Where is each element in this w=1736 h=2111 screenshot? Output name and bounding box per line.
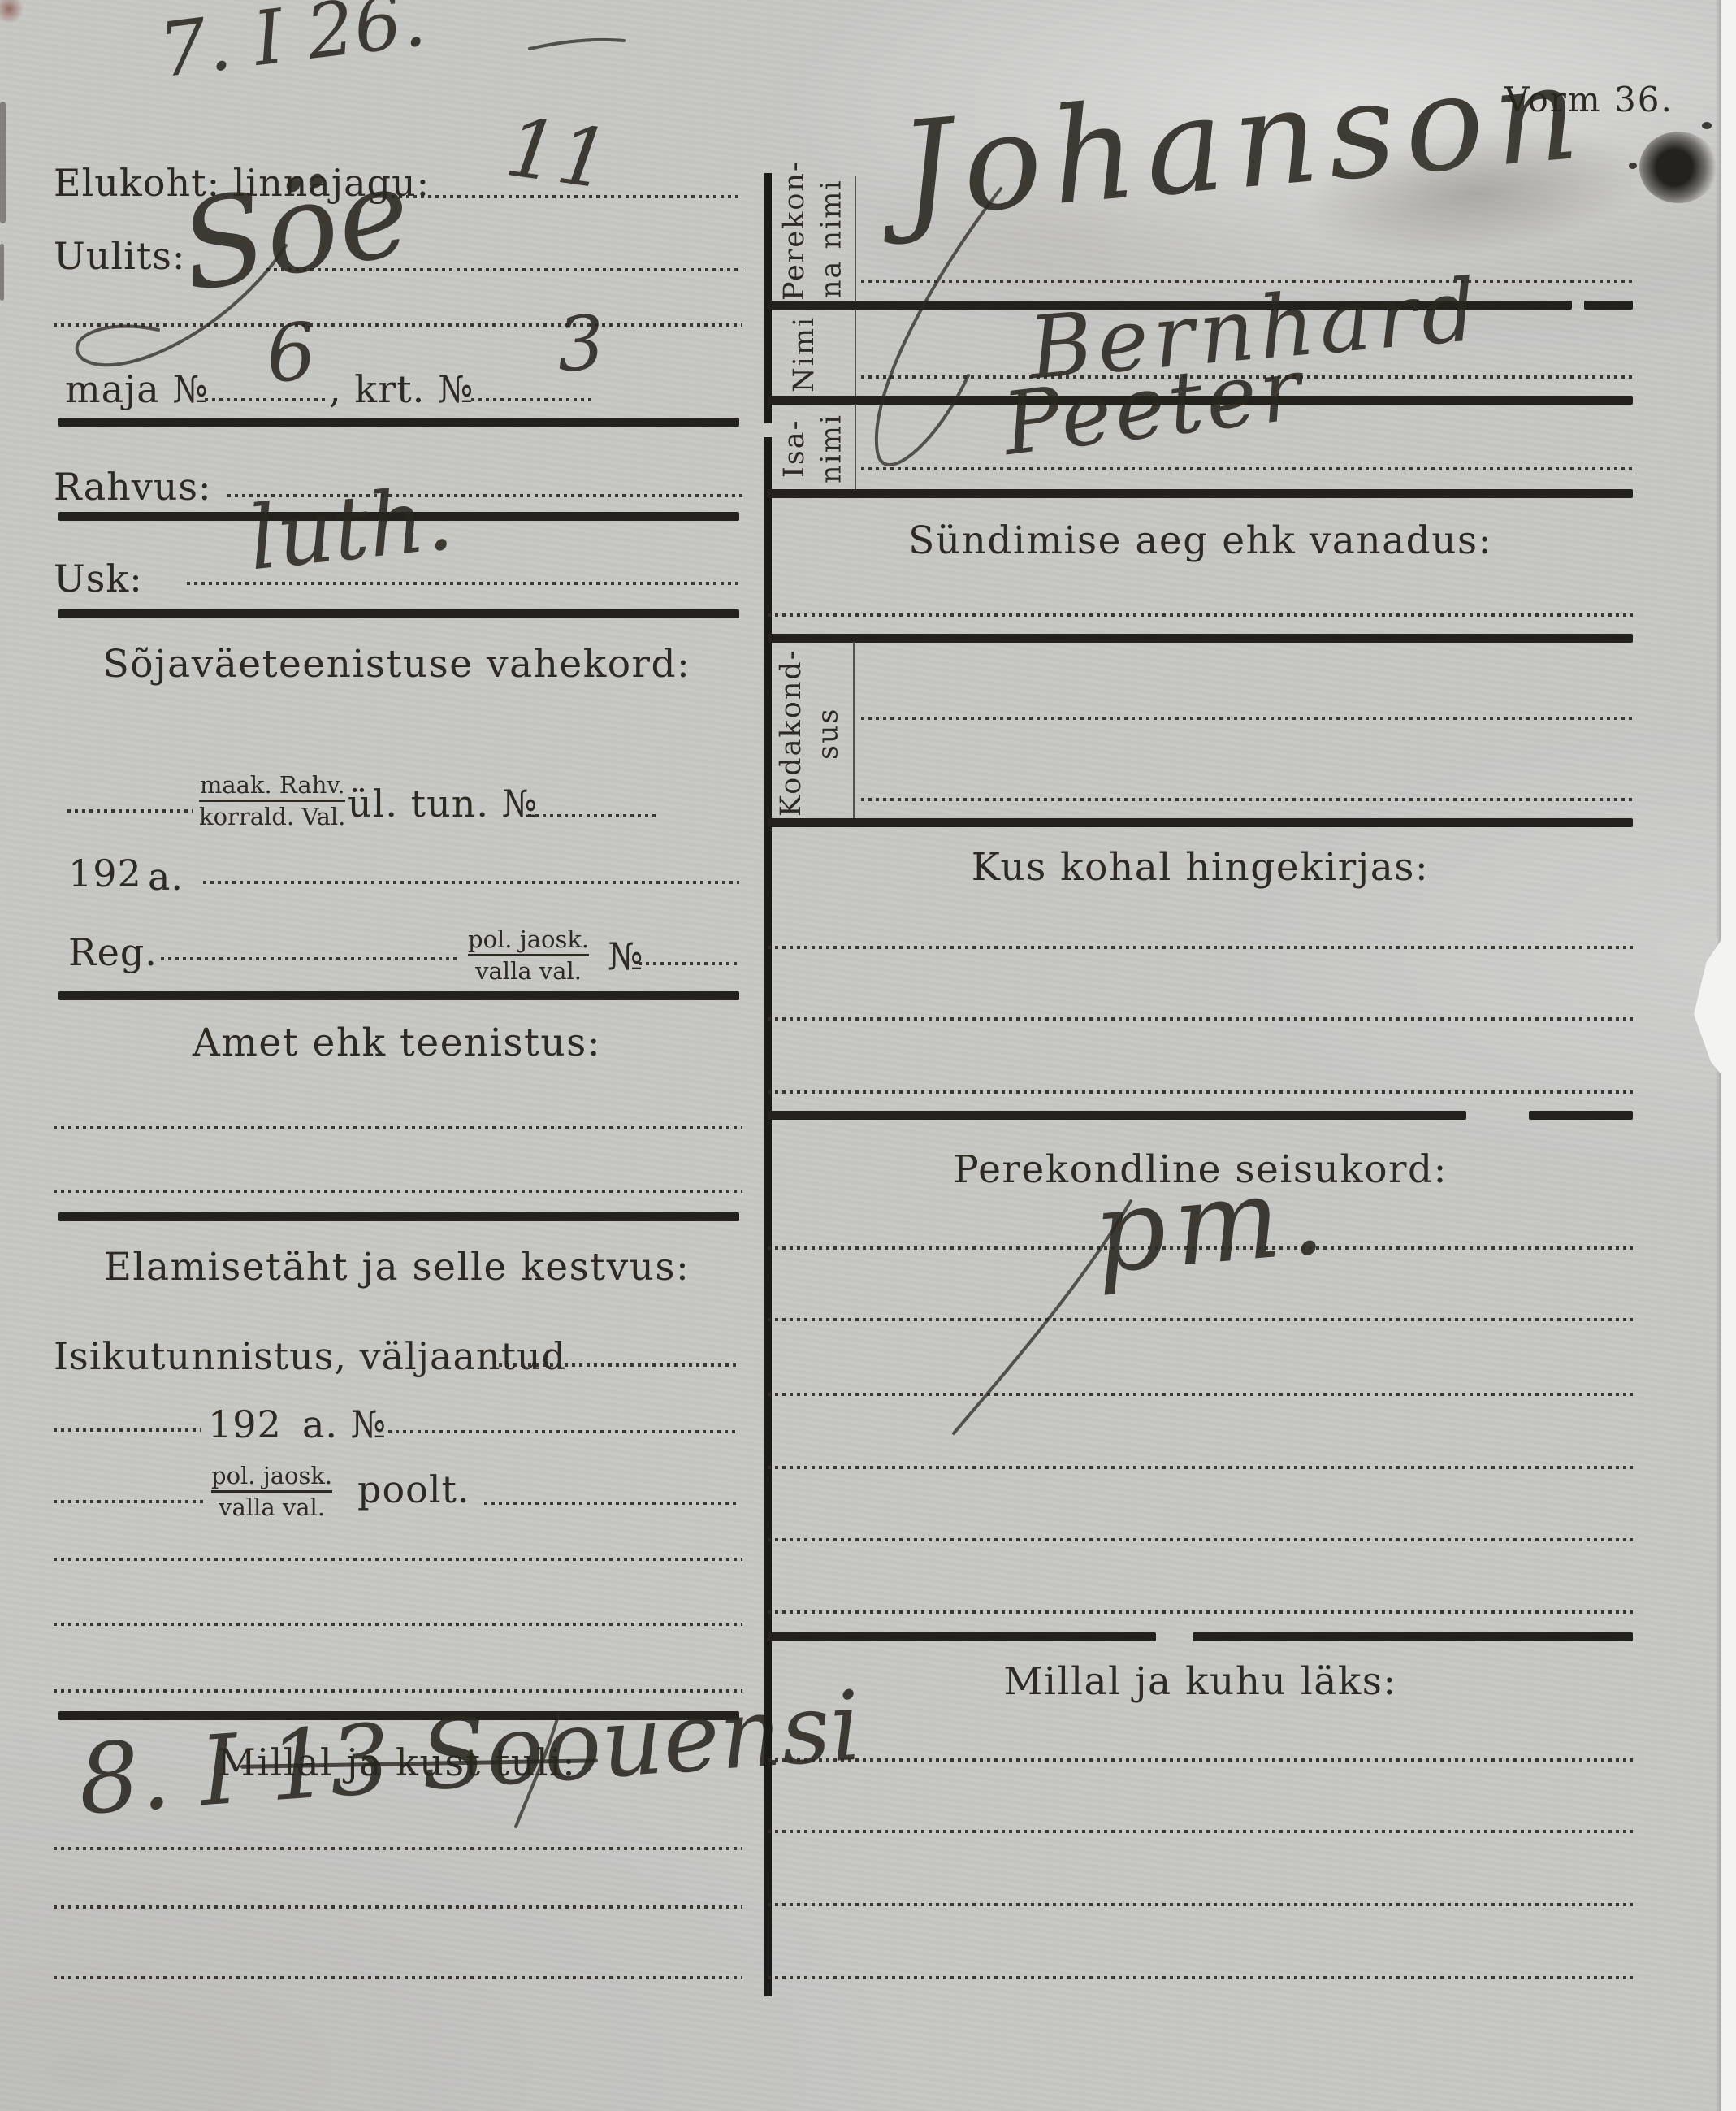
id-year-suffix: a. № [302,1402,387,1446]
military-authority-fraction: maak. Rahv. korrald. Val. [199,772,345,831]
residence-permit-heading: Elamisetäht ja selle kestvus: [54,1245,740,1290]
family-status-value-handwritten: pm. [1089,1147,1337,1298]
dotted-line [161,957,458,960]
column-divider [764,173,772,1996]
registry-heading: Kus kohal hingekirjas: [768,845,1633,890]
dotted-line [861,467,1633,470]
year-suffix: a. [148,855,184,899]
label-separator-line [855,310,856,396]
dotted-line [768,1903,1633,1906]
fraction-top: pol. jaosk. [468,926,589,954]
dotted-line [768,946,1633,949]
dotted-line [861,798,1633,801]
registration-form-scan: Vorm 36. 7. I 26. Elukoht: linnajagu: 11… [0,0,1736,2111]
dotted-line [768,1976,1633,1979]
dotted-line [499,1363,739,1367]
issuing-authority-fraction: pol. jaosk. valla val. [211,1463,332,1522]
dotted-line [768,1758,1633,1762]
dotted-line [54,1428,201,1432]
firstname-rotated-label: Nimi [786,315,824,393]
dotted-line [768,1610,1633,1614]
corner-stain [0,0,23,24]
registration-authority-fraction: pol. jaosk. valla val. [468,926,589,986]
citizenship-rotated-label: Kodakond- sus [773,650,847,817]
dotted-line [768,1246,1633,1250]
section-rule [768,634,1633,643]
apartment-number-label: , krt. № [329,367,474,411]
id-year-label: 192 [208,1402,282,1446]
dotted-line [54,1500,205,1503]
left-edge-mark [0,244,4,301]
dotted-line [471,398,595,401]
house-number-label: maja № [65,367,209,411]
handwritten-date: 7. I 26. [154,0,431,94]
dotted-line [54,1623,742,1626]
dotted-line [54,1905,742,1909]
dotted-line [54,1976,742,1979]
fraction-bottom: korrald. Val. [199,800,345,830]
section-rule [1584,301,1633,310]
section-rule [1193,1632,1633,1641]
occupation-heading: Amet ehk teenistus: [54,1021,740,1065]
section-rule [58,991,739,1000]
left-edge-mark [0,102,6,223]
year-label: 192 [68,852,142,895]
dotted-line [768,1830,1633,1833]
dotted-line [388,1430,739,1433]
arrival-value-handwritten: 8. I 13 Soouensi [75,1670,864,1836]
issued-by-label: poolt. [357,1467,470,1511]
dotted-line [54,1558,742,1561]
religion-value-handwritten: luth. [244,468,457,591]
dotted-line [54,1126,742,1129]
label-separator-line [853,642,855,819]
religion-label: Usk: [54,557,143,600]
ink-splatter [1702,122,1712,129]
dotted-line [768,1538,1633,1541]
divider-print-gap [763,423,773,437]
apartment-number-value: 3 [554,299,608,389]
dotted-line [768,1090,1633,1094]
torn-paper-edge [1694,918,1736,1093]
fraction-top: pol. jaosk. [211,1463,332,1490]
dotted-line [54,1190,742,1193]
dotted-line [67,809,193,813]
ink-splatter [1629,163,1637,169]
dotted-line [639,962,739,965]
date-dash-stroke [530,40,624,49]
dotted-line [768,1017,1633,1021]
dotted-line [861,717,1633,720]
section-rule [58,609,739,618]
section-rule [768,489,1633,498]
dotted-line [484,1502,739,1505]
id-issued-label: Isikutunnistus, väljaantud [54,1334,566,1378]
fraction-bottom: valla val. [468,954,589,985]
dotted-line [768,1466,1633,1469]
military-service-heading: Sõjaväeteenistuse vahekord: [54,642,740,687]
street-label: Uulits: [54,234,185,278]
dotted-line [205,398,328,401]
section-rule [768,1632,1156,1641]
residence-value-handwritten: 11 [500,99,616,208]
label-separator-line [855,176,856,302]
section-rule [768,1111,1466,1120]
section-rule [58,1212,739,1221]
surname-value-handwritten: Johanson [894,36,1594,248]
dotted-line [768,1393,1633,1396]
birth-date-heading: Sündimise aeg ehk vanadus: [768,518,1633,563]
dotted-line [528,814,656,817]
ink-blot [1639,132,1717,203]
dotted-line [54,323,742,327]
dotted-line [54,1847,742,1850]
fraction-bottom: valla val. [211,1490,332,1521]
dotted-line [768,1318,1633,1321]
certificate-number-label: ül. tun. № [348,782,538,826]
house-number-value: 6 [262,306,320,401]
dotted-line [768,613,1633,617]
section-rule [768,818,1633,827]
section-rule [58,418,739,427]
departure-heading: Millal ja kuhu läks: [768,1659,1633,1704]
registration-label: Reg. [68,930,158,974]
label-separator-line [855,404,856,489]
surname-rotated-label: Perekon- na nimi [777,177,851,301]
dotted-line [203,881,739,884]
registration-number-label: № [608,934,644,978]
section-rule [1529,1111,1633,1120]
fathername-rotated-label: Isa- nimi [777,408,851,489]
nationality-label: Rahvus: [54,465,211,509]
fraction-top: maak. Rahv. [199,772,345,800]
